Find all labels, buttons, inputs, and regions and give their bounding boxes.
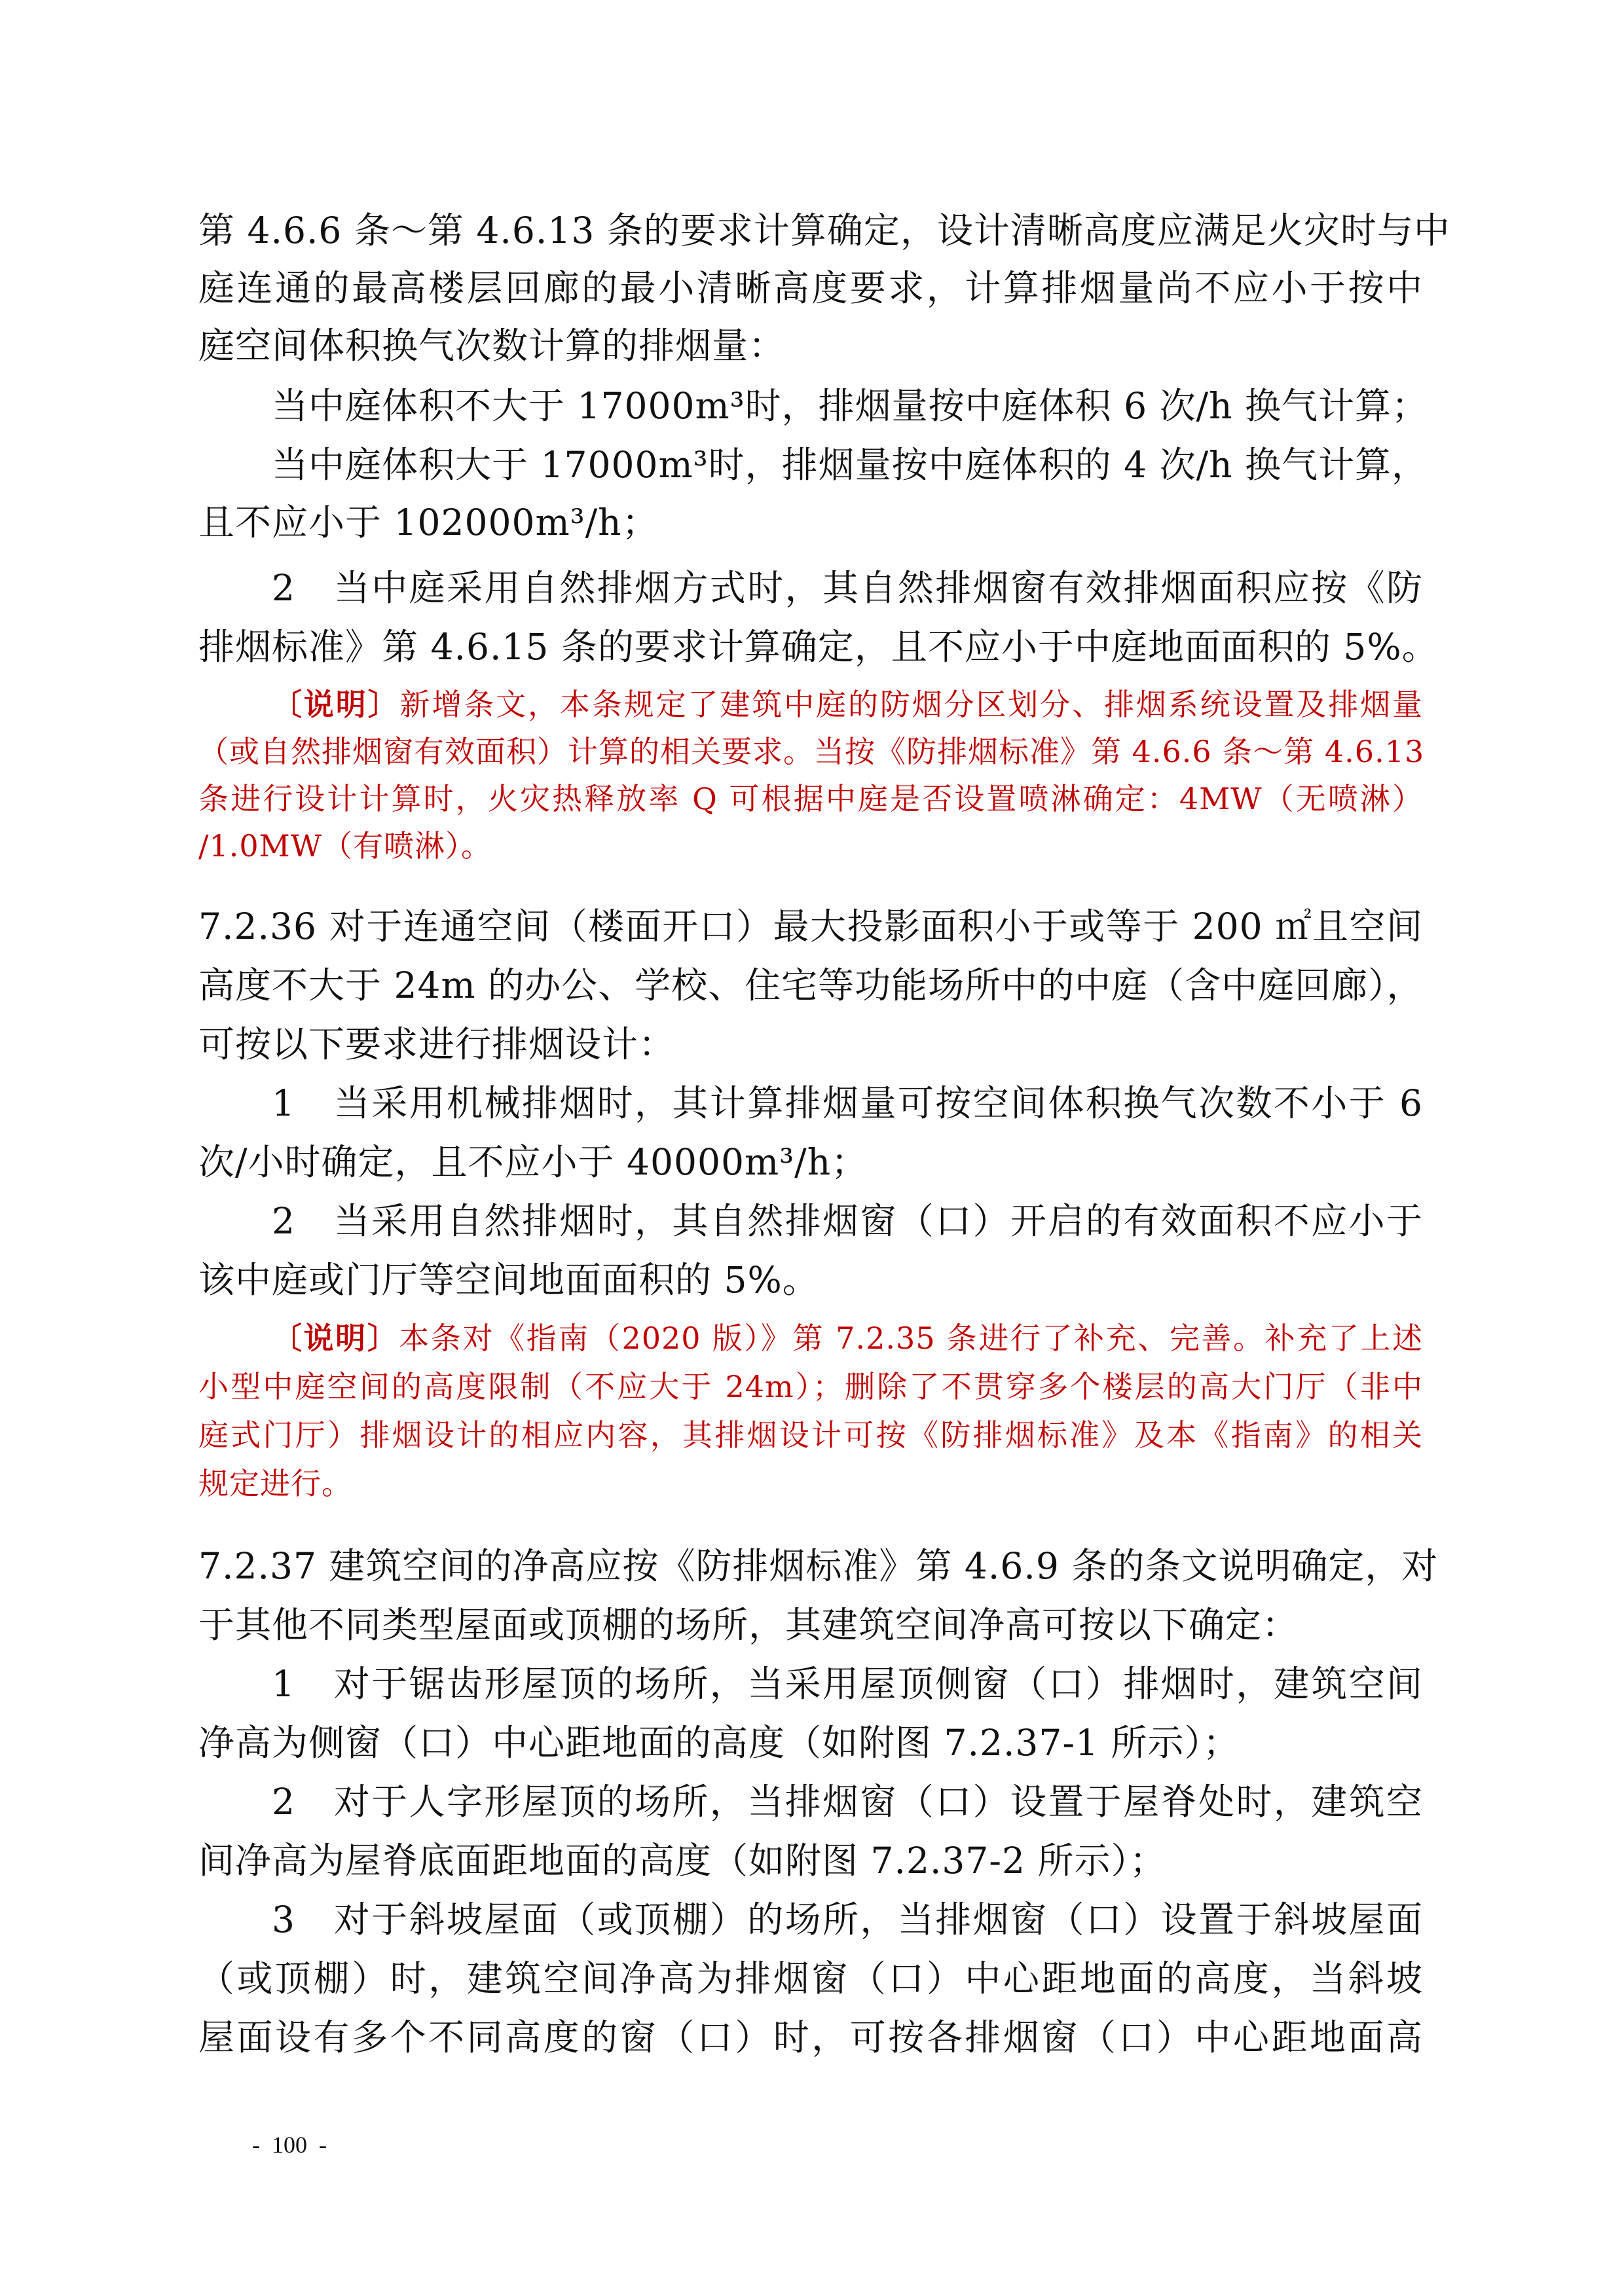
item-line: 当中庭体积大于 17000m³时，排烟量按中庭体积的 4 次/h 换气计算， <box>272 445 1423 484</box>
clause-line: 7.2.36 对于连通空间（楼面开口）最大投影面积小于或等于 200 ㎡且空间 <box>198 907 1423 946</box>
note-line: /1.0MW（有喷淋）。 <box>198 829 1423 863</box>
item-line: 1 当采用机械排烟时，其计算排烟量可按空间体积换气次数不小于 6 <box>272 1084 1423 1123</box>
note-text: 新增条文，本条规定了建筑中庭的防烟分区划分、排烟系统设置及排烟量 <box>400 687 1423 722</box>
item-line: 次/小时确定，且不应小于 40000m³/h； <box>198 1142 1423 1182</box>
item-line: 且不应小于 102000m³/h； <box>198 503 1423 542</box>
clause-line: 可按以下要求进行排烟设计： <box>198 1025 1423 1064</box>
paragraph-line: 庭连通的最高楼层回廊的最小清晰高度要求，计算排烟量尚不应小于按中 <box>198 268 1423 308</box>
page-number: - 100 - <box>252 2131 327 2159</box>
note-line: 庭式门厅）排烟设计的相应内容，其排烟设计可按《防排烟标准》及本《指南》的相关 <box>198 1418 1423 1452</box>
item-line: 间净高为屋脊底面距地面的高度（如附图 7.2.37-2 所示）； <box>198 1841 1423 1880</box>
clause-line: 7.2.37 建筑空间的净高应按《防排烟标准》第 4.6.9 条的条文说明确定，… <box>198 1546 1423 1586</box>
note-text: 本条对《指南（2020 版）》第 7.2.35 条进行了补充、完善。补充了上述 <box>399 1321 1423 1356</box>
note-line: 小型中庭空间的高度限制（不应大于 24m）；删除了不贯穿多个楼层的高大门厅（非中 <box>198 1370 1423 1404</box>
note-line: 条进行设计计算时，火灾热释放率 Q 可根据中庭是否设置喷淋确定：4MW（无喷淋） <box>198 782 1423 816</box>
item-line: 2 当中庭采用自然排烟方式时，其自然排烟窗有效排烟面积应按《防 <box>272 568 1423 608</box>
item-line: 2 当采用自然排烟时，其自然排烟窗（口）开启的有效面积不应小于 <box>272 1201 1423 1241</box>
note-line: 规定进行。 <box>198 1467 1423 1501</box>
note-line: 〔说明〕新增条文，本条规定了建筑中庭的防烟分区划分、排烟系统设置及排烟量 <box>272 687 1423 721</box>
item-line: 1 对于锯齿形屋顶的场所，当采用屋顶侧窗（口）排烟时，建筑空间 <box>272 1664 1423 1704</box>
note-line: （或自然排烟窗有效面积）计算的相关要求。当按《防排烟标准》第 4.6.6 条～第… <box>198 735 1423 769</box>
clause-line: 于其他不同类型屋面或顶棚的场所，其建筑空间净高可按以下确定： <box>198 1605 1423 1645</box>
clause-line: 高度不大于 24m 的办公、学校、住宅等功能场所中的中庭（含中庭回廊）， <box>198 966 1423 1005</box>
item-line: 2 对于人字形屋顶的场所，当排烟窗（口）设置于屋脊处时，建筑空 <box>272 1782 1423 1821</box>
item-line: 该中庭或门厅等空间地面面积的 5%。 <box>198 1260 1423 1300</box>
item-line: 净高为侧窗（口）中心距地面的高度（如附图 7.2.37-1 所示）； <box>198 1723 1423 1762</box>
note-line: 〔说明〕本条对《指南（2020 版）》第 7.2.35 条进行了补充、完善。补充… <box>272 1321 1423 1355</box>
item-line: 屋面设有多个不同高度的窗（口）时，可按各排烟窗（口）中心距地面高 <box>198 2018 1423 2057</box>
item-line: 当中庭体积不大于 17000m³时，排烟量按中庭体积 6 次/h 换气计算； <box>272 386 1423 426</box>
paragraph-line: 庭空间体积换气次数计算的排烟量： <box>198 326 1423 365</box>
item-line: 3 对于斜坡屋面（或顶棚）的场所，当排烟窗（口）设置于斜坡屋面 <box>272 1900 1423 1939</box>
item-line: （或顶棚）时，建筑空间净高为排烟窗（口）中心距地面的高度，当斜坡 <box>198 1959 1423 1998</box>
paragraph-line: 第 4.6.6 条～第 4.6.13 条的要求计算确定，设计清晰高度应满足火灾时… <box>198 211 1423 250</box>
note-tag: 〔说明〕 <box>272 1321 399 1356</box>
note-tag: 〔说明〕 <box>272 687 400 722</box>
item-line: 排烟标准》第 4.6.15 条的要求计算确定，且不应小于中庭地面面积的 5%。 <box>198 627 1423 666</box>
